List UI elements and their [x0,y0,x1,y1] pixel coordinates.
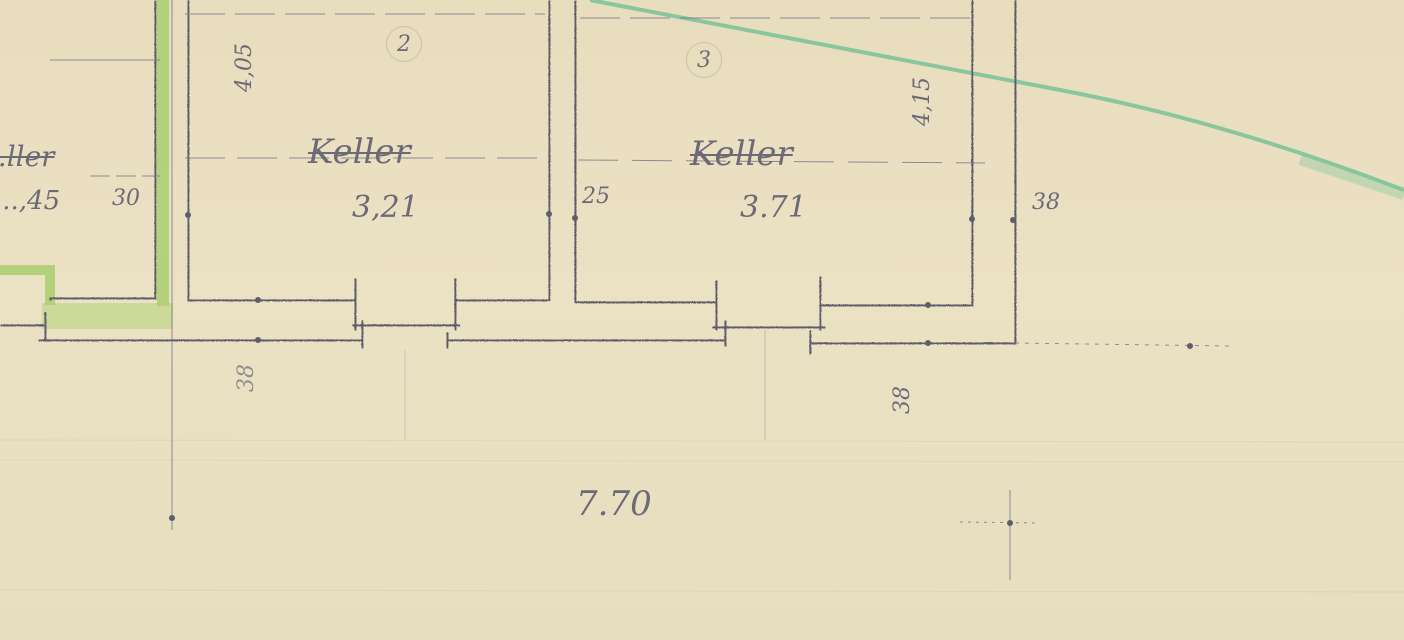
bottom-right-wall-dimension: 38 [890,386,915,414]
left-wall-dimension: 30 [112,186,140,211]
floor-plan-drawing: 2 3 Keller 3,21 Keller 3.71 4,05 4,15 ..… [0,0,1404,640]
left-room-name: ...ller [0,140,55,173]
room-3-area: 3.71 [740,190,807,225]
room-3-height: 4,15 [910,77,935,126]
room-number-3: 3 [686,42,722,78]
room-number-text: 2 [397,32,411,57]
right-wall-dimension: 38 [1032,190,1060,215]
room-2-area: 3,21 [352,190,419,225]
middle-wall-dimension: 25 [582,184,610,209]
room-2-height: 4,05 [232,43,257,92]
plan-linework [0,0,1404,640]
overall-width-dimension: 7.70 [576,484,652,524]
bottom-left-wall-dimension: 38 [234,364,259,392]
room-number-text: 3 [697,48,711,73]
dimension-dots [169,211,1193,526]
room-2-name: Keller [308,132,411,172]
room-number-2: 2 [386,26,422,62]
room-3-name: Keller [690,134,793,174]
left-room-area: ...,45 [0,186,60,216]
